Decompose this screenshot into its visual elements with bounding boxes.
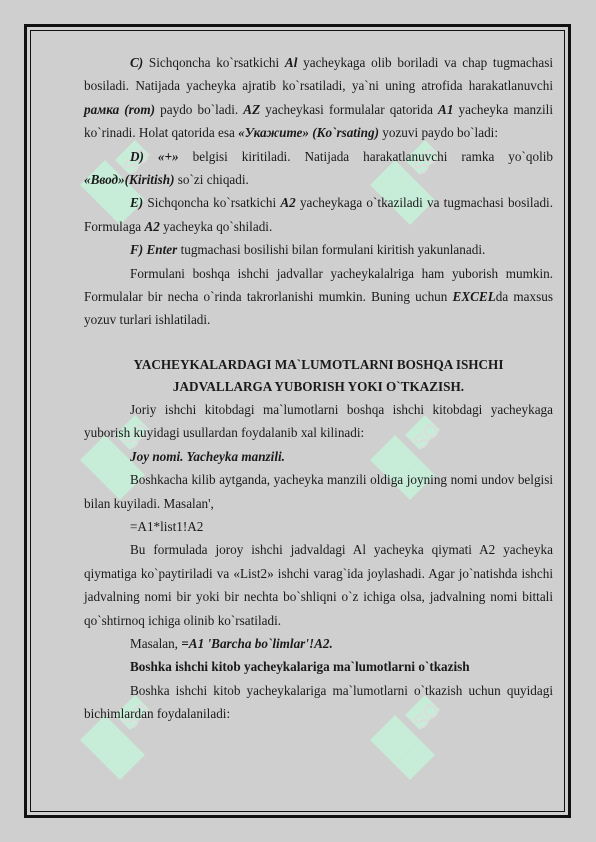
emph: EXCEL <box>453 289 496 304</box>
paragraph-d: D) «+» belgisi kiritiladi. Natijada hara… <box>84 145 553 192</box>
heading-line-2: JADVALLARGA YUBORISH YOKI O`TKAZISH. <box>173 379 464 394</box>
paragraph-f: F) Enter tugmachasi bosilishi bilan form… <box>84 238 553 261</box>
text: tugmachasi bosilishi bilan formulani kir… <box>177 242 485 257</box>
paragraph-c: C) Sichqoncha ko`rsatkichi Al yacheykaga… <box>84 51 553 145</box>
text: paydo bo`ladi. <box>155 102 243 117</box>
text: yacheyka qo`shiladi. <box>160 219 272 234</box>
emph: «Ввод»(Kiritish) <box>84 172 175 187</box>
emph: Al <box>285 55 297 70</box>
step-label: D) <box>130 149 144 164</box>
emph: A2 <box>144 219 159 234</box>
formula-example: =A1 'Barcha bo`limlar'!A2. <box>181 636 333 651</box>
emph: «+» <box>158 149 179 164</box>
emph: A2 <box>280 195 295 210</box>
text: belgisi kiritiladi. Natijada harakatlanu… <box>179 149 553 164</box>
step-label: C) <box>130 55 143 70</box>
emph: рамка (rom) <box>84 102 155 117</box>
emph: AZ <box>243 102 260 117</box>
text: yacheykasi formulalar qatorida <box>260 102 438 117</box>
text: Sichqoncha ko`rsatkichi <box>143 195 280 210</box>
formula-example: =A1*list1!A2 <box>84 515 553 538</box>
step-label: F) Enter <box>130 242 177 257</box>
text: Masalan, <box>130 636 181 651</box>
emph: «Укажите» (Ko`rsating) <box>238 125 379 140</box>
emph: A1 <box>438 102 453 117</box>
paragraph: Bu formulada joroy ishchi jadvaldagi Al … <box>84 538 553 632</box>
document-body: C) Sichqoncha ko`rsatkichi Al yacheykaga… <box>84 51 553 726</box>
heading-line-1: YACHEYKALARDAGI MA`LUMOTLARNI BOSHQA ISH… <box>134 357 504 372</box>
paragraph: Boshkacha kilib aytganda, yacheyka manzi… <box>84 468 553 515</box>
text: Sichqoncha ko`rsatkichi <box>143 55 285 70</box>
text: yozuvi paydo bo`ladi: <box>379 125 498 140</box>
subheading: Joy nomi. Yacheyka manzili. <box>84 445 553 468</box>
paragraph-example: Masalan, =A1 'Barcha bo`limlar'!A2. <box>84 632 553 655</box>
paragraph: Joriy ishchi kitobdagi ma`lumotlarni bos… <box>84 398 553 445</box>
paragraph-e: E) Sichqoncha ko`rsatkichi A2 yacheykaga… <box>84 191 553 238</box>
paragraph-formulas: Formulani boshqa ishchi jadvallar yachey… <box>84 262 553 332</box>
subheading: Boshka ishchi kitob yacheykalariga ma`lu… <box>84 655 553 678</box>
section-heading: YACHEYKALARDAGI MA`LUMOTLARNI BOSHQA ISH… <box>84 354 553 398</box>
step-label: E) <box>130 195 143 210</box>
paragraph: Boshka ishchi kitob yacheykalariga ma`lu… <box>84 679 553 726</box>
text: so`zi chiqadi. <box>175 172 249 187</box>
